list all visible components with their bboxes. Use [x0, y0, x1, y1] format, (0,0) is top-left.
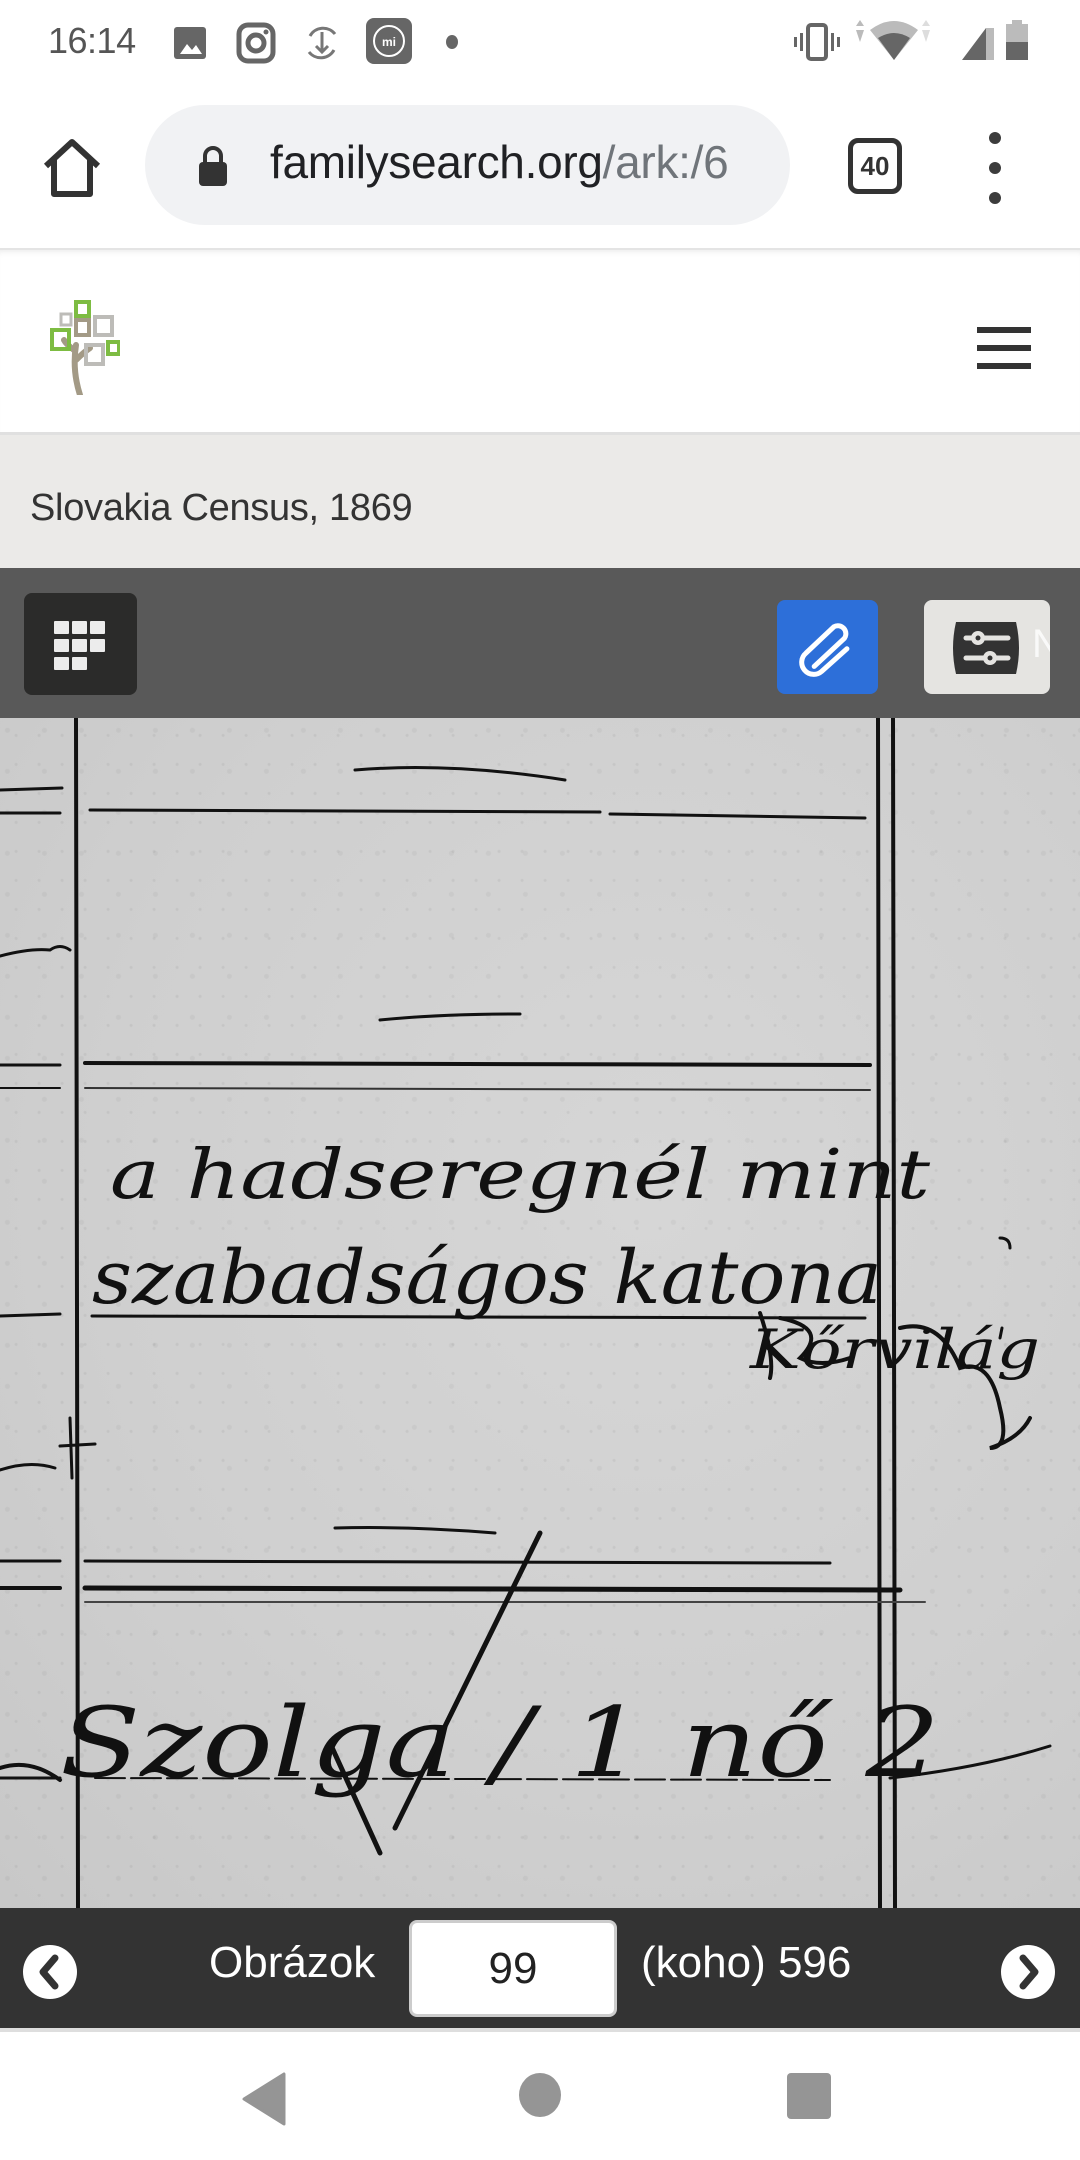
image-pager: Obrázok (koho) 596 [0, 1908, 1080, 2028]
census-record-image[interactable]: a hadseregnél mint szabadságos katona Kő… [0, 718, 1080, 1908]
adjust-button-label: N [1032, 622, 1050, 667]
kebab-menu-icon[interactable] [975, 128, 1015, 208]
url-domain: familysearch.org [270, 136, 603, 188]
recents-square-icon[interactable] [786, 2072, 832, 2120]
next-image-button[interactable] [1001, 1945, 1055, 1999]
pager-label: Obrázok [209, 1938, 375, 1988]
signal-icon [960, 24, 996, 60]
attach-button[interactable] [777, 600, 878, 694]
gallery-icon [172, 24, 208, 62]
instagram-icon [236, 22, 276, 64]
gallery-grid-button[interactable] [24, 593, 137, 695]
mi-fit-icon: mi [366, 18, 412, 64]
svg-text:mi: mi [382, 35, 396, 49]
handwriting-line-1: a hadseregnél mint [110, 1136, 931, 1215]
previous-image-button[interactable] [23, 1945, 77, 1999]
battery-icon [1004, 20, 1030, 62]
image-adjustments-button[interactable]: N [924, 600, 1050, 694]
status-bar: 16:14 mi [0, 0, 1080, 88]
download-sync-icon [302, 22, 342, 64]
back-triangle-icon[interactable] [240, 2072, 290, 2126]
address-bar[interactable]: familysearch.org/ark:/6 [145, 105, 790, 225]
collection-title: Slovakia Census, 1869 [30, 487, 412, 530]
android-navigation-bar [0, 2028, 1080, 2160]
site-header [0, 250, 1080, 432]
tab-switcher-button[interactable]: 40 [848, 138, 902, 194]
home-icon[interactable] [40, 136, 104, 200]
pager-total: (koho) 596 [641, 1938, 851, 1988]
paperclip-icon [777, 600, 878, 694]
handwritten-record-scan: a hadseregnél mint szabadságos katona Kő… [0, 718, 1080, 1908]
handwriting-line-4: Szolga / 1 nő 2 [60, 1687, 940, 1799]
hamburger-menu-icon[interactable] [977, 327, 1031, 369]
home-circle-icon[interactable] [518, 2072, 562, 2118]
handwriting-line-3: Kőrvilág [749, 1318, 1040, 1381]
familysearch-tree-logo[interactable] [50, 300, 120, 395]
url-text[interactable]: familysearch.org/ark:/6 [270, 135, 728, 189]
page-number-input[interactable] [409, 1920, 617, 2017]
url-path: /ark:/6 [603, 136, 729, 188]
image-viewer-toolbar: N [0, 568, 1080, 718]
more-notifications-dot [446, 35, 458, 49]
handwriting-line-2: szabadságos katona [92, 1235, 882, 1321]
browser-toolbar: familysearch.org/ark:/6 40 [0, 88, 1080, 250]
adjustments-sliders-icon [952, 622, 1020, 674]
collection-title-bar: Slovakia Census, 1869 [0, 432, 1080, 568]
vibrate-icon [792, 22, 842, 62]
chevron-right-circle-icon [1001, 1945, 1055, 1999]
status-time: 16:14 [48, 20, 136, 62]
lock-icon [197, 145, 229, 187]
chevron-left-circle-icon [23, 1945, 77, 1999]
wifi-icon [852, 20, 936, 64]
